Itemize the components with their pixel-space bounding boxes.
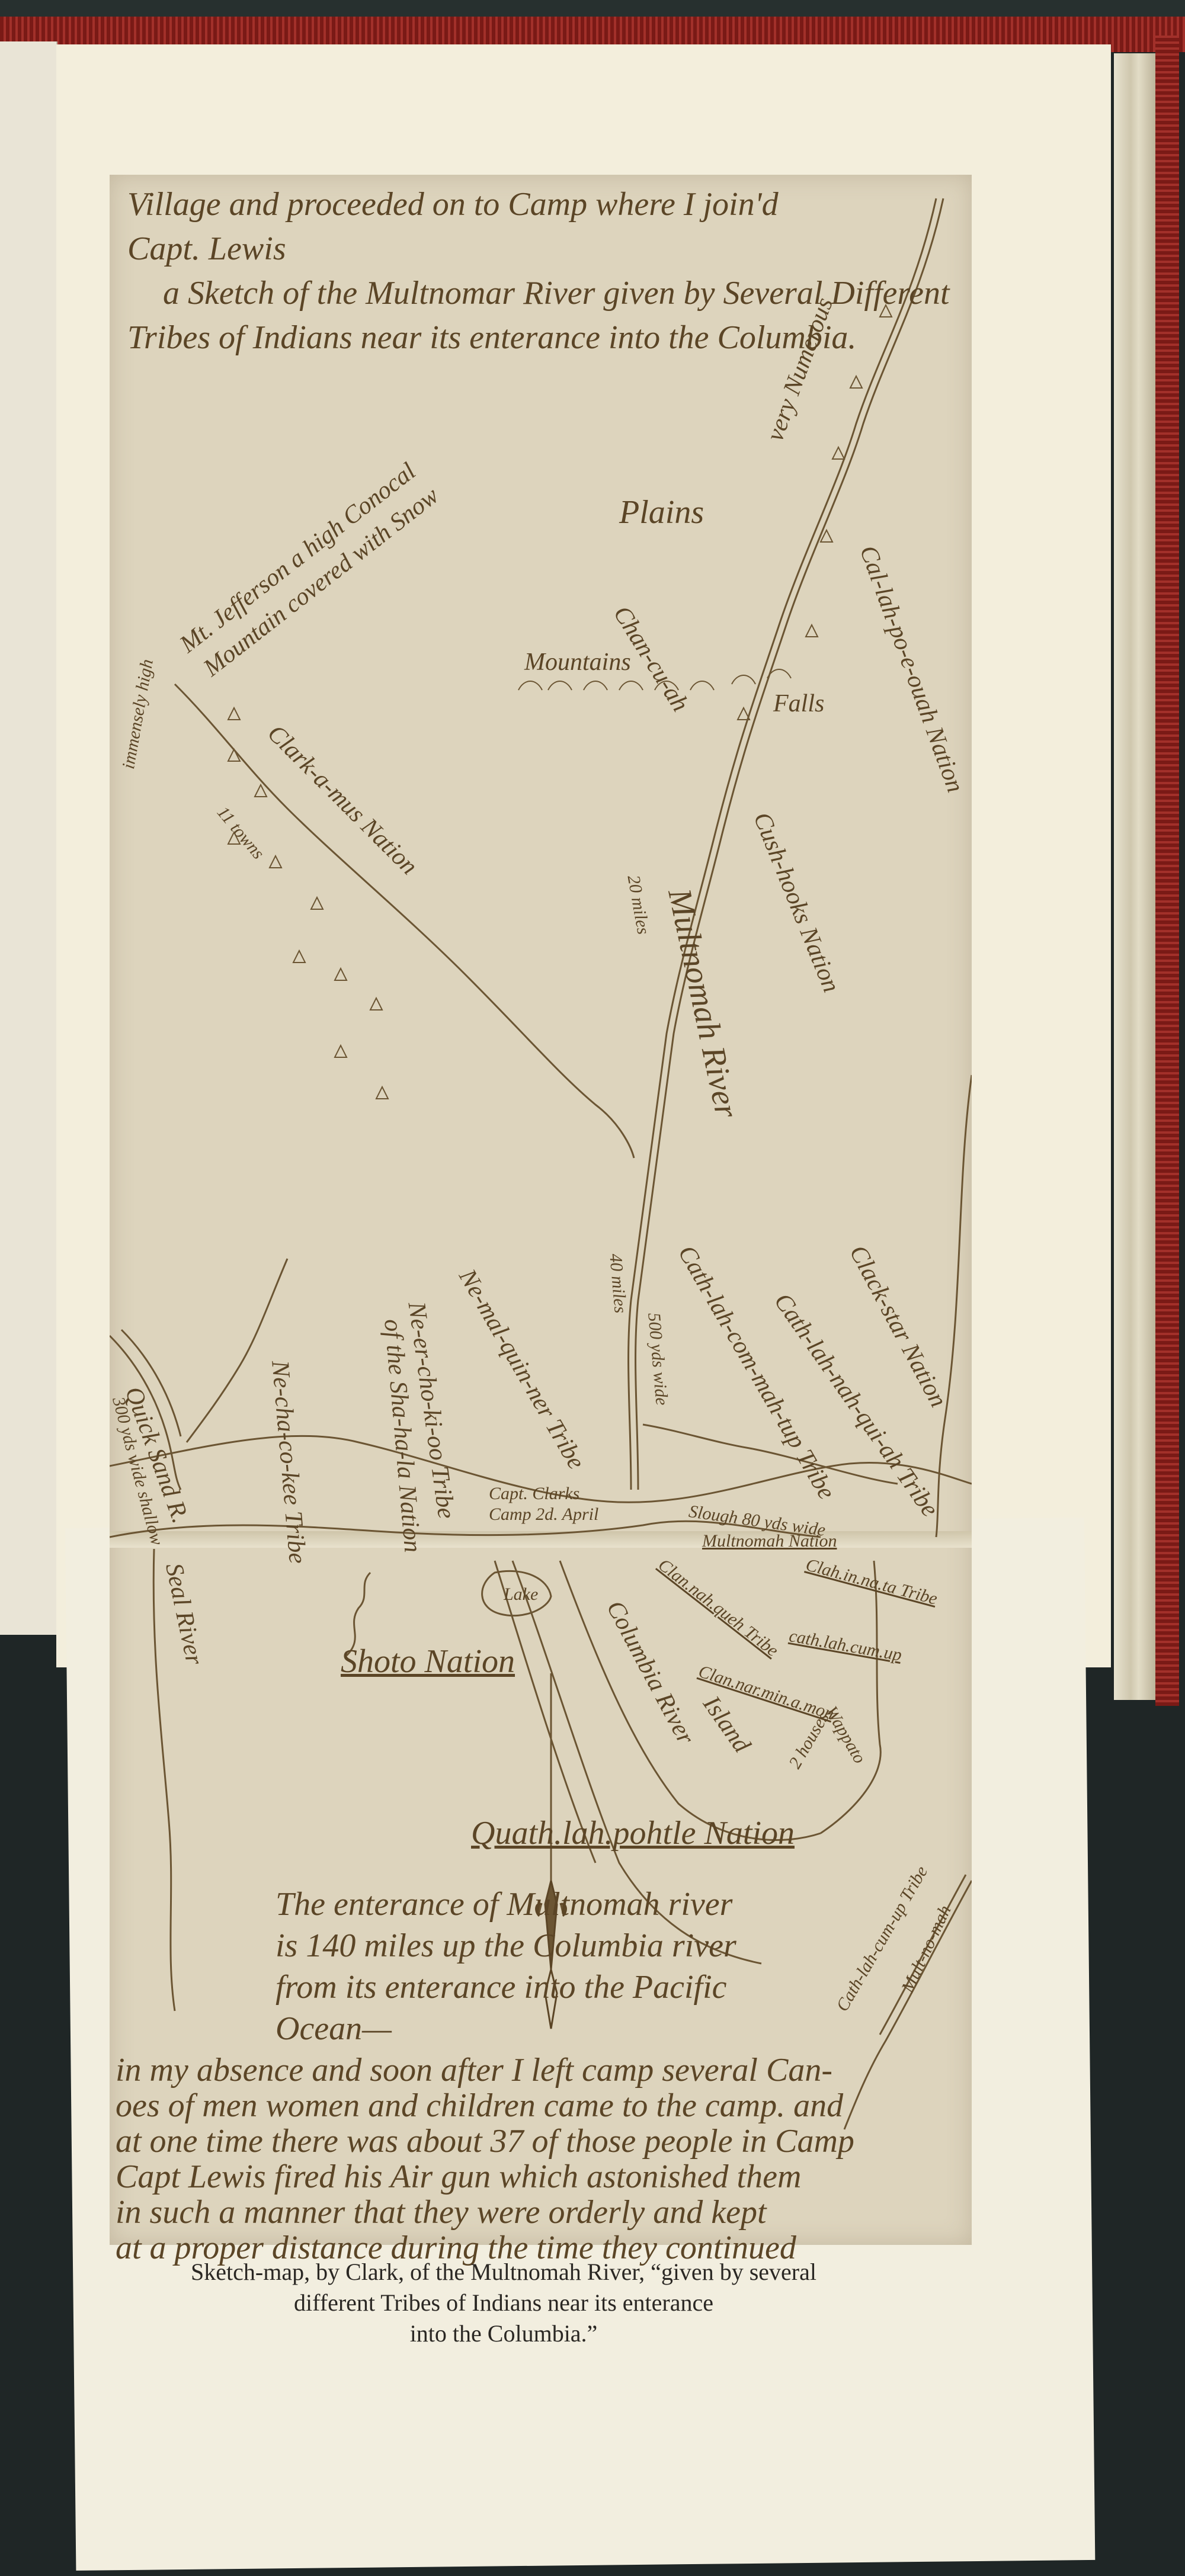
footer-line-6: oes of men women and children came to th… <box>116 2088 843 2125</box>
label-camp-2d-april: Camp 2d. April <box>489 1504 598 1524</box>
footer-line-9: in such a manner that they were orderly … <box>116 2195 767 2231</box>
caption-line-3: into the Columbia.” <box>178 2318 829 2349</box>
footer-line-2: is 140 miles up the Columbia river <box>276 1928 736 1965</box>
label-mountains: Mountains <box>524 649 631 676</box>
label-quath-lah-pohtle-nation: Quath.lah.pohtle Nation <box>471 1815 795 1852</box>
footer-line-1: The enterance of Multnomah river <box>276 1887 732 1923</box>
caption-line-1: Sketch-map, by Clark, of the Multnomah R… <box>178 2257 829 2288</box>
footer-line-7: at one time there was about 37 of those … <box>116 2123 854 2160</box>
book-cloth-right <box>1155 36 1179 1706</box>
header-line-2: Capt. Lewis <box>127 231 286 268</box>
footer-line-8: Capt Lewis fired his Air gun which aston… <box>116 2159 801 2196</box>
label-capt-clarks-camp: Capt. Clarks <box>489 1484 579 1503</box>
label-shoto-nation: Shoto Nation <box>341 1644 515 1680</box>
caption-line-2: different Tribes of Indians near its ent… <box>178 2288 829 2318</box>
footer-line-3: from its enterance into the Pacific <box>276 1969 727 2006</box>
footer-line-4: Ocean— <box>276 2011 392 2048</box>
header-line-4: Tribes of Indians near its enterance int… <box>127 320 856 357</box>
label-multnomah-nation: Multnomah Nation <box>702 1531 837 1551</box>
label-lake: Lake <box>504 1584 538 1604</box>
label-falls: Falls <box>773 690 824 717</box>
footer-line-5: in my absence and soon after I left camp… <box>116 2052 832 2089</box>
left-page-edge <box>0 41 57 1635</box>
header-line-1: Village and proceeded on to Camp where I… <box>127 187 779 223</box>
sketch-map: Village and proceeded on to Camp where I… <box>110 175 972 2245</box>
label-plains: Plains <box>619 495 704 531</box>
figure-caption: Sketch-map, by Clark, of the Multnomah R… <box>178 2257 829 2349</box>
page-stack-edge <box>1114 53 1155 1700</box>
